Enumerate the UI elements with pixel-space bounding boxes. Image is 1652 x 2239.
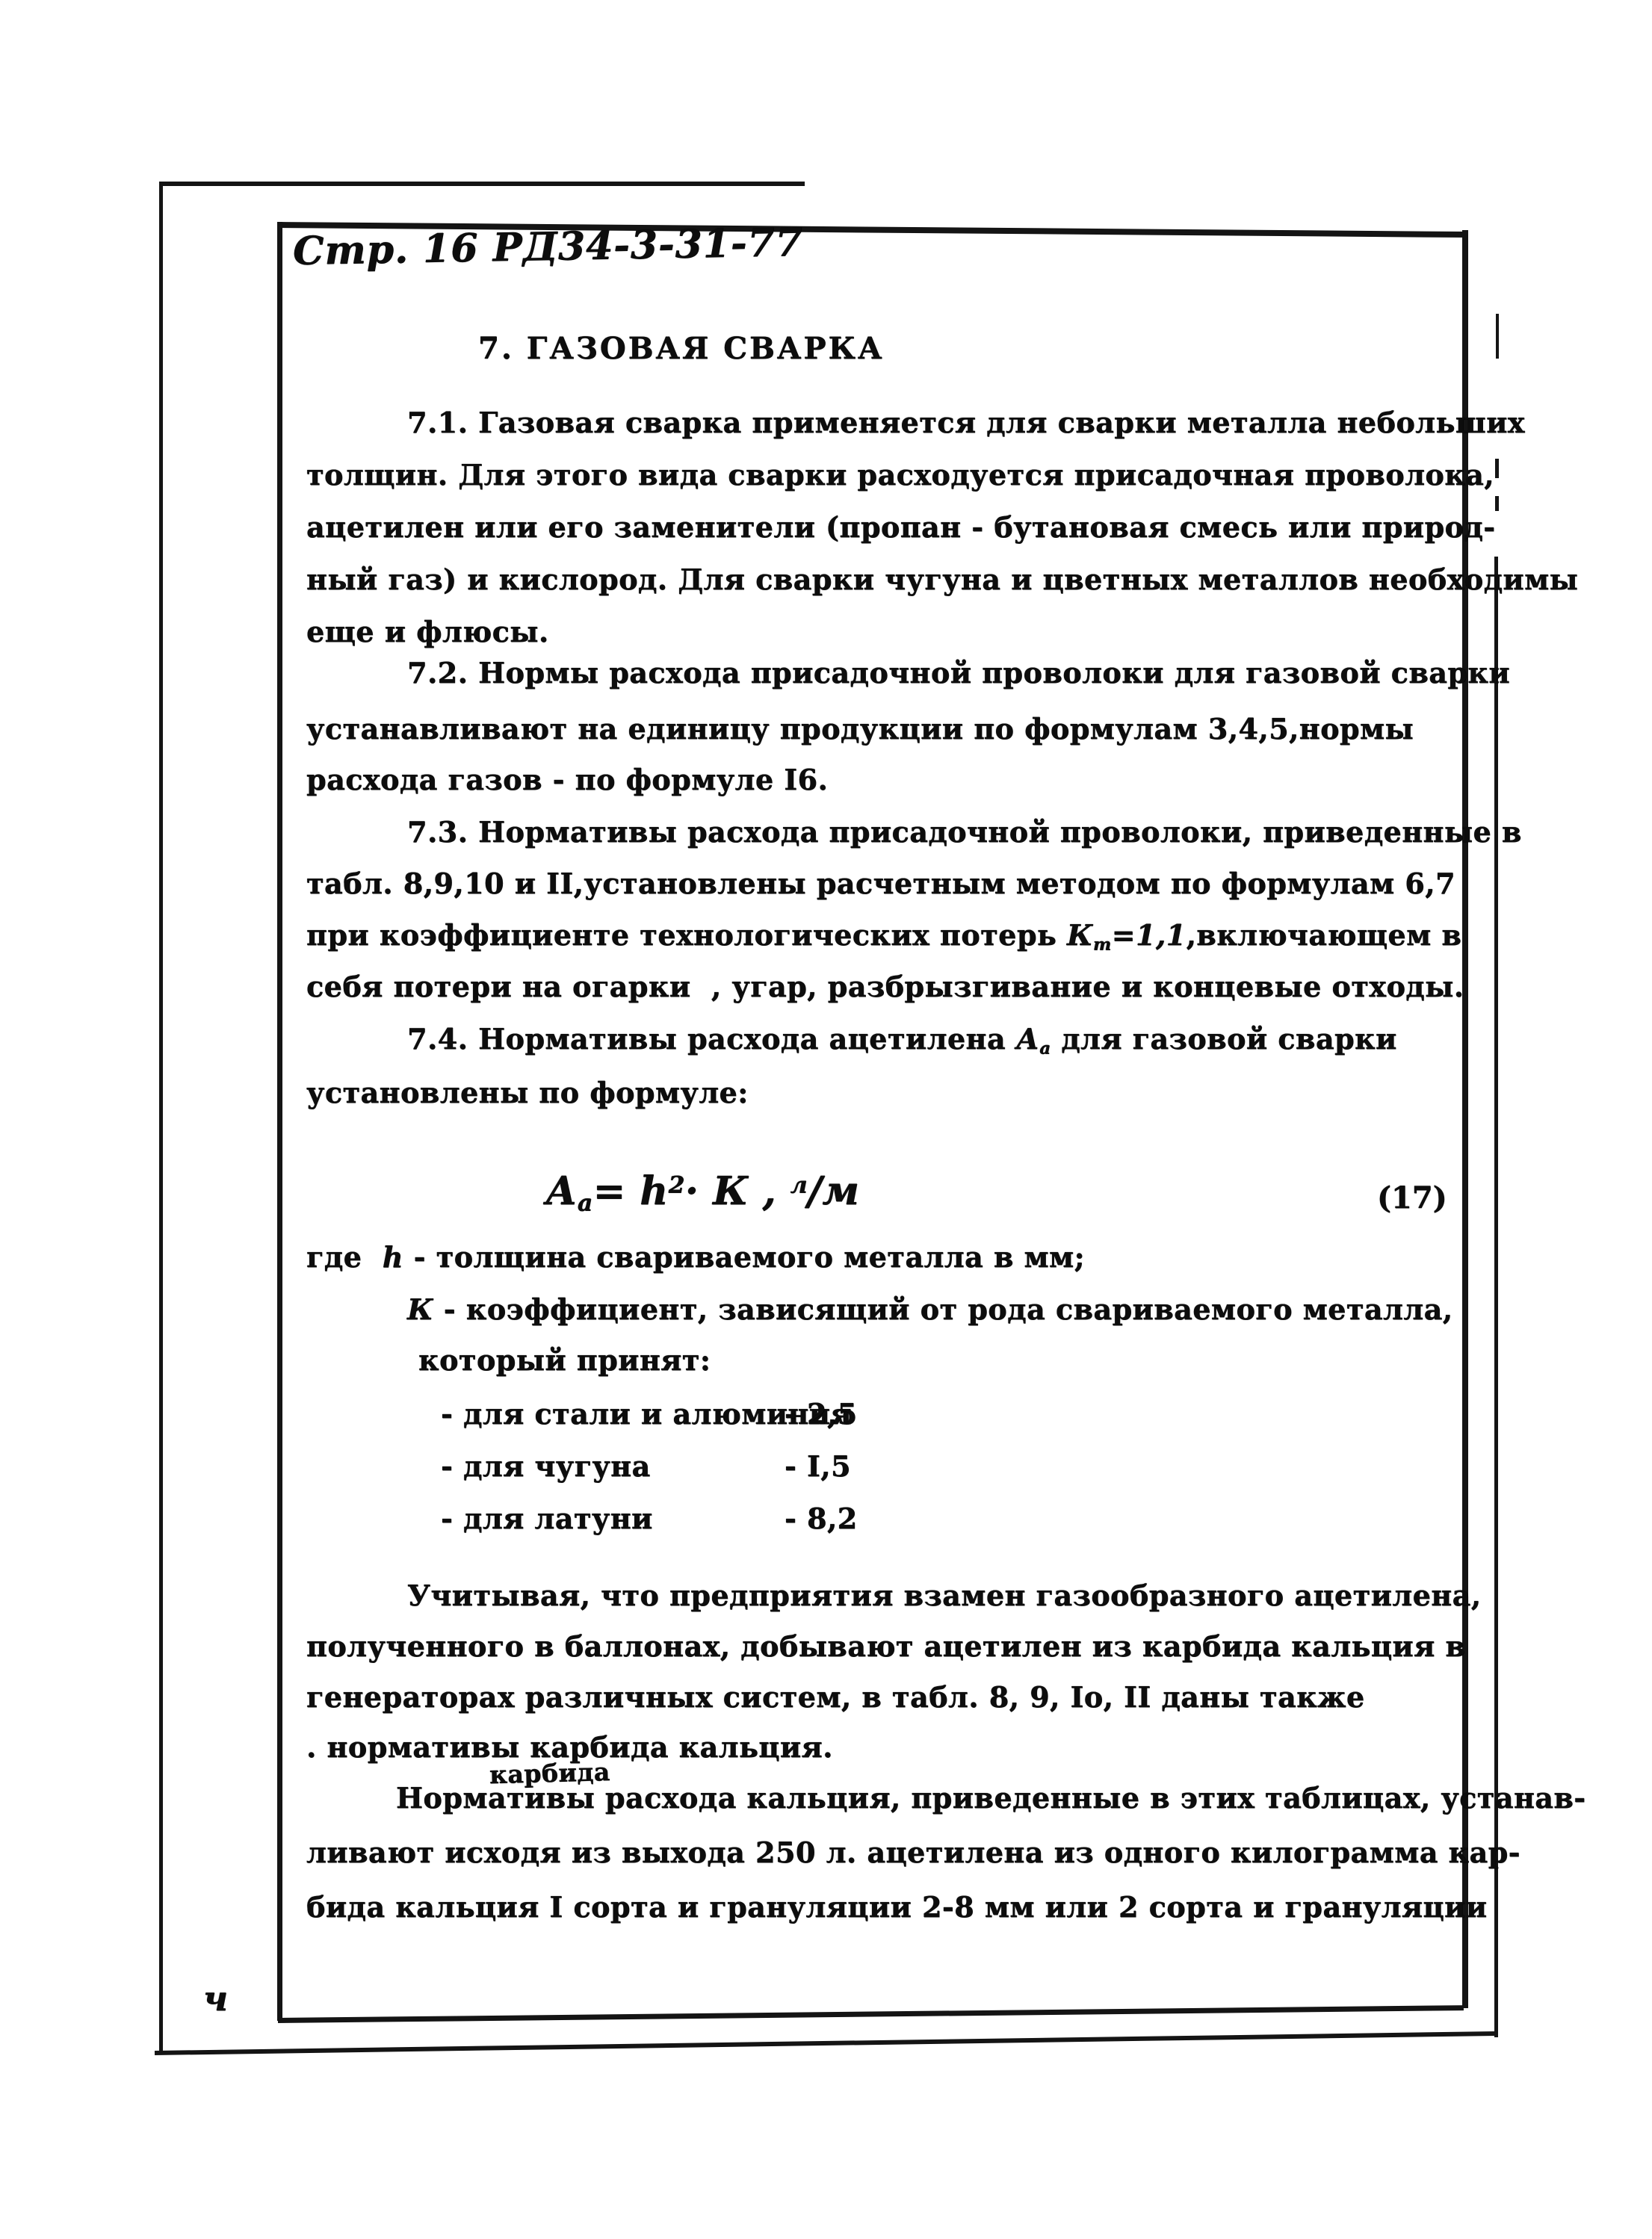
- typed-text: Учитывая, что предприятия взамен газообр…: [407, 1579, 1481, 1612]
- text-line: 7.1. Газовая сварка применяется для свар…: [407, 407, 1525, 439]
- outer-border-bottom: [155, 2031, 1496, 2055]
- outer-border-right-fragment: [1496, 314, 1499, 359]
- typed-text: еще и флюсы.: [306, 615, 549, 648]
- text-line: - для чугуна: [441, 1451, 651, 1483]
- text-line: расхода газов - по формуле I6.: [306, 764, 828, 796]
- typed-text: ацетилен или его заменители (пропан - бу…: [306, 510, 1496, 544]
- inner-border-bottom: [278, 2005, 1464, 2023]
- typed-text: - толщина свариваемого металла в мм;: [403, 1240, 1085, 1274]
- text-line: устанавливают на единицу продукции по фо…: [306, 713, 1414, 746]
- text-line: толщин. Для этого вида сварки расходуетс…: [306, 459, 1494, 492]
- handwritten-text: А: [545, 1168, 578, 1214]
- coefficient-value: - 8,2: [785, 1503, 858, 1535]
- outer-border-right-fragment: [1495, 459, 1499, 478]
- text-line: при коэффициенте технологических потерь …: [306, 920, 1461, 955]
- outer-border-left: [159, 182, 163, 2054]
- text-line: себя потери на огарки , угар, разбрызгив…: [306, 971, 1464, 1003]
- typed-text: Нормативы расхода кальция, приведенные в…: [396, 1781, 1586, 1815]
- text-line: Учитывая, что предприятия взамен газообр…: [407, 1580, 1481, 1612]
- typed-text: 7.1. Газовая сварка применяется для свар…: [407, 406, 1525, 439]
- handwritten-text: h: [383, 1240, 403, 1274]
- typed-text: 7.2. Нормы расхода присадочной проволоки…: [407, 656, 1510, 690]
- typed-text: генераторах различных систем, в табл. 8,…: [306, 1680, 1365, 1714]
- typed-text: - коэффициент, зависящий от рода сварива…: [433, 1292, 1453, 1326]
- coefficient-value: - 2,5: [785, 1399, 858, 1431]
- text-line: Нормативы расхода кальция, приведенные в…: [396, 1783, 1586, 1815]
- text-line: где h - толщина свариваемого металла в м…: [306, 1242, 1085, 1274]
- text-line: табл. 8,9,10 и II,установлены расчетным …: [306, 868, 1455, 900]
- typed-text: ливают исходя из выхода 250 л. ацетилена…: [306, 1836, 1520, 1869]
- handwritten-text: =1,1: [1112, 918, 1187, 952]
- handwritten-text: А: [1016, 1022, 1039, 1056]
- typed-text: установлены по формуле:: [306, 1076, 749, 1109]
- scanned-document-page: Стр. 16 РД34-3-31-77 7. ГАЗОВАЯ СВАРКА 7…: [0, 0, 1652, 2239]
- text-line: еще и флюсы.: [306, 616, 549, 648]
- inner-border-left: [277, 222, 282, 2021]
- typed-text: табл. 8,9,10 и II,установлены расчетным …: [306, 867, 1455, 900]
- typed-text: - 8,2: [785, 1502, 858, 1535]
- typed-text: 7.3. Нормативы расхода присадочной прово…: [407, 815, 1522, 849]
- text-line: - для латуни: [441, 1503, 653, 1535]
- handwritten-text: а: [1039, 1038, 1051, 1058]
- handwritten-text: 2: [669, 1171, 685, 1198]
- typed-text: - для латуни: [441, 1502, 653, 1535]
- handwritten-text: · К ,: [685, 1168, 791, 1214]
- typed-text: для газовой сварки: [1051, 1022, 1396, 1056]
- handwritten-header-note: Стр. 16 РД34-3-31-77: [293, 220, 804, 274]
- text-line: генераторах различных систем, в табл. 8,…: [306, 1682, 1365, 1714]
- coefficient-value: - I,5: [785, 1451, 851, 1483]
- typed-text: себя потери на огарки , угар, разбрызгив…: [306, 970, 1464, 1003]
- text-line: ацетилен или его заменители (пропан - бу…: [306, 512, 1496, 544]
- text-line: который принят:: [418, 1345, 711, 1377]
- typed-text: расхода газов - по формуле I6.: [306, 763, 828, 796]
- handwritten-text: а: [578, 1190, 593, 1217]
- handwritten-text: К: [1067, 918, 1093, 952]
- typed-text: где: [306, 1240, 383, 1274]
- typed-text: при коэффициенте технологических потерь: [306, 918, 1067, 952]
- handwritten-text: л: [791, 1171, 808, 1198]
- typed-text: - для чугуна: [441, 1449, 651, 1483]
- text-line: 7.4. Нормативы расхода ацетилена Аа для …: [407, 1024, 1397, 1059]
- handwritten-text: = h: [593, 1168, 669, 1214]
- outer-border-right-fragment: [1495, 496, 1499, 511]
- typed-text: который принят:: [418, 1343, 711, 1377]
- outer-border-top: [161, 182, 805, 186]
- typed-text: устанавливают на единицу продукции по фо…: [306, 712, 1414, 746]
- typed-text: 7.4. Нормативы расхода ацетилена: [407, 1022, 1016, 1056]
- text-line: бида кальция I сорта и грануляции 2-8 мм…: [306, 1892, 1487, 1924]
- formula-number: (17): [1377, 1180, 1447, 1215]
- typed-text: полученного в баллонах, добывают ацетиле…: [306, 1629, 1465, 1663]
- typed-text: толщин. Для этого вида сварки расходуетс…: [306, 458, 1494, 492]
- typed-text: бида кальция I сорта и грануляции 2-8 мм…: [306, 1890, 1487, 1924]
- formula: Аа= h2· К , л/м: [545, 1170, 859, 1217]
- typed-text: ,включающем в: [1187, 918, 1462, 952]
- handwritten-text: /м: [808, 1168, 859, 1214]
- inner-border-right: [1462, 230, 1468, 2008]
- typed-text: ный газ) и кислород. Для сварки чугуна и…: [306, 563, 1578, 596]
- handwritten-text: т: [1093, 935, 1112, 954]
- typed-text: - 2,5: [785, 1397, 858, 1431]
- text-line: ный газ) и кислород. Для сварки чугуна и…: [306, 564, 1578, 596]
- text-line: 7.2. Нормы расхода присадочной проволоки…: [407, 657, 1510, 690]
- text-line: ливают исходя из выхода 250 л. ацетилена…: [306, 1837, 1520, 1869]
- section-title: 7. ГАЗОВАЯ СВАРКА: [478, 331, 884, 366]
- handwritten-page-mark: ч: [203, 1978, 228, 2019]
- text-line: установлены по формуле:: [306, 1077, 749, 1109]
- text-line: К - коэффициент, зависящий от рода свари…: [407, 1294, 1453, 1326]
- handwritten-text: К: [407, 1292, 433, 1326]
- text-line: 7.3. Нормативы расхода присадочной прово…: [407, 817, 1522, 849]
- outer-border-right: [1494, 557, 1498, 2037]
- text-line: полученного в баллонах, добывают ацетиле…: [306, 1631, 1465, 1663]
- typed-text: - I,5: [785, 1449, 851, 1483]
